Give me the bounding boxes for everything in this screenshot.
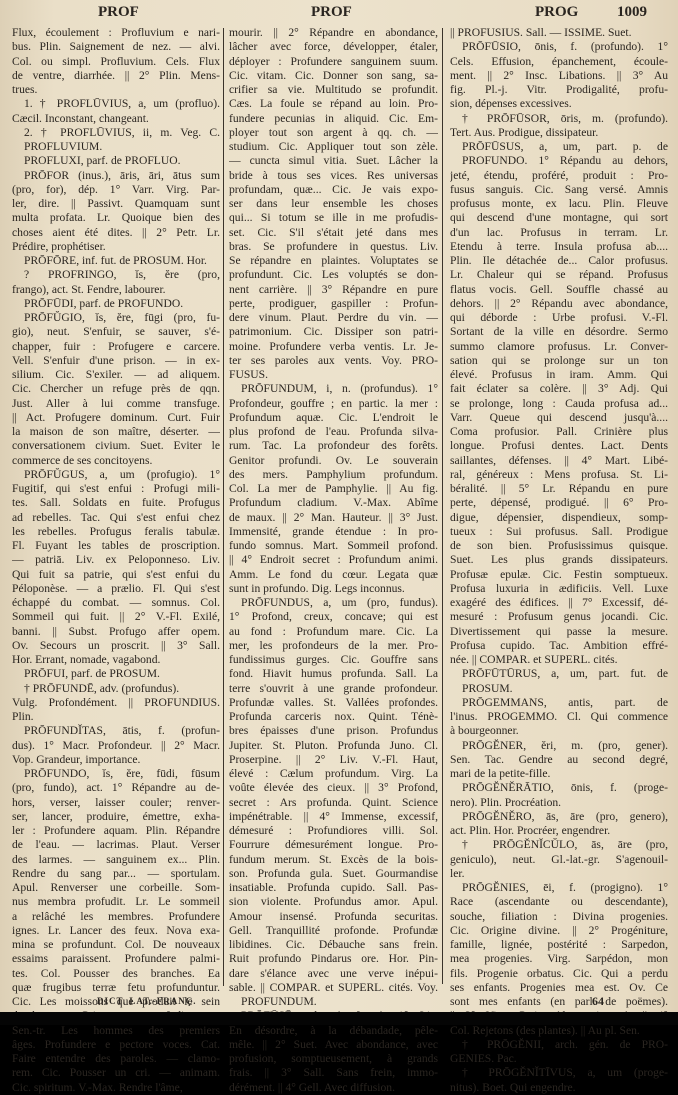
dictionary-line: ignes. Lr. Lancer des feux. Nova exa- (12, 924, 220, 938)
dictionary-line: Cic. Chercher un refuge près de qqn. (12, 382, 220, 396)
dictionary-line: d'un lac. Profusus in terram. Lr. (450, 226, 668, 240)
dictionary-line: profundam, quæ... Cic. Je vais expo- (229, 183, 438, 197)
dictionary-line: sunt in profundo. Dig. Legs inconnus. (229, 582, 438, 596)
dictionary-line: PRŌFUNDĬTAS, ātis, f. (profun- (12, 724, 220, 738)
dictionary-line: chapper, fuir : Profugere e carcere. (12, 340, 220, 354)
dictionary-line: Profundæ valles. St. Vallées profondes. (229, 696, 438, 710)
dictionary-line: Etendu à terre. Insula profusa ab.... (450, 240, 668, 254)
dictionary-line: gio), neut. S'enfuir, se sauver, s'é- (12, 325, 220, 339)
dictionary-line: née. || COMPAR. et SUPERL. cités. (450, 653, 668, 667)
dictionary-line: PROFUNDUM. (229, 995, 438, 1009)
dictionary-line: terre s'ouvrit à une grande profondeur. (229, 682, 438, 696)
dictionary-line: Genitor profundi. Ov. Le souverain (229, 454, 438, 468)
dictionary-line: Fl. Fuyant les tables de proscription. (12, 539, 220, 553)
dictionary-line: 1° Profond, creux, concave; qui est (229, 610, 438, 624)
dictionary-line: PRŌFUI, parf. de PROSUM. (12, 667, 220, 681)
dictionary-line: famille, lignée, postérité : Sarpedon, (450, 938, 668, 952)
dictionary-line: trues. (12, 83, 220, 97)
dictionary-line: Profundum aquæ. Cic. L'endroit le (229, 411, 438, 425)
dictionary-line: act. Plin. Hor. Procréer, engendrer. (450, 824, 668, 838)
running-header: PROF PROF PROG 1009 (0, 4, 678, 24)
dictionary-line: fundissimus gurges. Cic. Gouffre sans (229, 653, 438, 667)
dictionary-line: PRŌFŌRE, inf. fut. de PROSUM. Hor. (12, 254, 220, 268)
dictionary-line: ad rebelles. Tac. Qui s'est enfui chez (12, 511, 220, 525)
dictionary-line: ler : Profundere aquam. Plin. Répandre (12, 824, 220, 838)
dictionary-line: Profunda carceris nox. Quint. Ténè- (229, 710, 438, 724)
dictionary-line: sation qui se prolonge sur un ton (450, 354, 668, 368)
dictionary-line: échappé du combat. — somnus. Col. (12, 596, 220, 610)
dictionary-line: Plin. Ile détachée de... Calor profusus. (450, 254, 668, 268)
dictionary-line: PRŌFUNDUM, i, n. (profundus). 1° (229, 382, 438, 396)
dictionary-line: Rendre du sang par... — sportulam. (12, 867, 220, 881)
dictionary-line: Jupiter. St. Pluton. Profunda Juno. Cl. (229, 739, 438, 753)
dictionary-line: béralité. || 5° Lr. Répandu en pure (450, 482, 668, 496)
dictionary-line: choses aient été dites. || 2° Petr. Lr. (12, 226, 220, 240)
dictionary-line: fils. Progenie orbatus. Cic. Qui a perdu (450, 967, 668, 981)
dictionary-line: Plin. (12, 710, 220, 724)
dictionary-line: Se répandre en plaintes. Voluptates se (229, 254, 438, 268)
dictionary-line: mina se profundunt. Col. De nouveaux (12, 938, 220, 952)
dictionary-line: son. Profunda gula. Suet. Gourmandise (229, 867, 438, 881)
dictionary-line: fundum merum. St. Excès de la bois- (229, 853, 438, 867)
dictionary-line: PRŌGĔNIES, ēi, f. (progigno). 1° (450, 881, 668, 895)
dictionary-line: mer, les profondeurs de la mer. Pro- (229, 639, 438, 653)
dictionary-line: || 4° Endroit secret : Profundum animi. (229, 553, 438, 567)
dictionary-line: FUSUS. (229, 368, 438, 382)
dictionary-line: studium. Cic. Appliquer tout son zèle. (229, 140, 438, 154)
dictionary-line: bride à tous ses vices. Res universas (229, 169, 438, 183)
dictionary-line: plus profond de l'eau. Profunda silva- (229, 425, 438, 439)
dictionary-line: PROFLUVIUM. (12, 140, 220, 154)
dictionary-line: PRŌFŪSIO, ōnis, f. (profundo). 1° (450, 40, 668, 54)
dictionary-line: Suet. Les plus grands dissipateurs. (450, 553, 668, 567)
dictionary-line: souche, filiation : Divina progenies. (450, 910, 668, 924)
dictionary-line: PRŌFOR (inus.), āris, āri, ātus sum (12, 169, 220, 183)
dictionary-line: les rebelles. Profugus feralis tabulæ. (12, 525, 220, 539)
dictionary-line: profusus monte, ex lacu. Plin. Fleuve (450, 197, 668, 211)
dictionary-line: moine. Profundere verba ventis. Lr. Je- (229, 340, 438, 354)
dictionary-line: sion violente. Profundus amor. Apul. (229, 895, 438, 909)
dictionary-line: secret : Ars profunda. Quint. Science (229, 796, 438, 810)
dictionary-line: — cuncta simul vitia. Suet. Lâcher la (229, 154, 438, 168)
dictionary-line: Tert. Aus. Prodigue, dissipateur. (450, 126, 668, 140)
dictionary-line: summo clamore profusus. Lr. Conver- (450, 340, 668, 354)
dictionary-line: Vop. Grandeur, importance. (12, 753, 220, 767)
dictionary-line: PRŌFUNDO, ĭs, ĕre, fūdi, fūsum (12, 767, 220, 781)
dictionary-line: dare s'élance avec une verve inépui- (229, 967, 438, 981)
dictionary-line: quæ frugibus terræ fetu profunduntur. (12, 981, 220, 995)
dictionary-line: PRŌGĔNER, ĕri, m. (pro, gener). (450, 739, 668, 753)
dictionary-line: des larmes. — sanguinem ex... Plin. (12, 853, 220, 867)
dictionary-line: qui descend d'une montagne, qui sort (450, 211, 668, 225)
dictionary-line: † PRŌGĔNĬCŬLO, ās, āre (pro, (450, 838, 668, 852)
dictionary-line: lâcher avec force, développer, étaler, (229, 40, 438, 54)
dictionary-line: ter ses paroles aux vents. Voy. PRO- (229, 354, 438, 368)
column-right: || PROFUSIUS. Sall. — ISSIME. Suet.PRŌFŪ… (450, 26, 668, 1025)
dictionary-line: fundere pecunias in aliquid. Cic. Em- (229, 112, 438, 126)
dictionary-line: Hor. Errant, nomade, vagabond. (12, 653, 220, 667)
sheet-number: 64 (592, 994, 604, 1009)
dictionary-line: Immensité, grande étendue : In pro- (229, 525, 438, 539)
dictionary-line: PRŌFŬGUS, a, um (profugio). 1° (12, 468, 220, 482)
dictionary-line: Profondeur, gouffre ; en partic. la mer … (229, 397, 438, 411)
dictionary-line: Lr. Chaleur qui se répand. Profusus (450, 268, 668, 282)
dictionary-line: rum. Tac. La profondeur des forêts. (229, 439, 438, 453)
dictionary-line: Fugitif, qui s'est enfui : Profugi mili- (12, 482, 220, 496)
dictionary-line: bus. Plin. Saignement de nez. — alvi. (12, 40, 220, 54)
dictionary-line: frango), act. St. Fendre, labourer. (12, 283, 220, 297)
left-guide-word: PROF (98, 4, 139, 21)
dictionary-line: || PROFUSIUS. Sall. — ISSIME. Suet. (450, 26, 668, 40)
dictionary-line: 1. † PROFLŪVIUS, a, um (profluo). (12, 97, 220, 111)
column-left: Flux, écoulement : Profluvium e nari-bus… (12, 26, 220, 1025)
dictionary-line: fait éclater sa colère. || 3° Adj. Qui (450, 382, 668, 396)
dictionary-line: Profusa luxuria in ædificiis. Vell. Luxe (450, 582, 668, 596)
dictionary-line: Profusa cupido. Tac. Ambition effré- (450, 639, 668, 653)
dictionary-line: de ventre, diarrhée. || 2° Plin. Mens- (12, 69, 220, 83)
dictionary-line: qui... Si totum se ille in me profudis- (229, 211, 438, 225)
dictionary-line: geniculo), neut. Gl.-lat.-gr. S'agenouil… (450, 853, 668, 867)
dictionary-line: sion, dépenses excessives. (450, 97, 668, 111)
column-middle: mourir. || 2° Répandre en abondance,lâch… (229, 26, 438, 1025)
dictionary-line: Amour insensé. Profunda securitas. (229, 910, 438, 924)
dictionary-line: fond. Hiavit humus profunda. Sall. La (229, 667, 438, 681)
printer-signature: DICT. LAT.-FRANÇ. (97, 996, 197, 1006)
dictionary-line: de son bien. Profusissimus quisque. (450, 539, 668, 553)
dictionary-line: multa profata. Lr. Quoique bien des (12, 211, 220, 225)
dictionary-line: Vulg. Profondément. || PROFUNDIUS. (12, 696, 220, 710)
dictionary-line: au fond : Profundum mare. Cic. La (229, 625, 438, 639)
dictionary-line: perte, prodiguer, gaspiller : Profun- (229, 297, 438, 311)
dictionary-line: Prédire, prophétiser. (12, 240, 220, 254)
dictionary-line: Ov. Secours un proscrit. || 3° Sall. (12, 639, 220, 653)
dictionary-line: impénétrable. || 4° Immense, excessif, (229, 810, 438, 824)
dictionary-line: insatiable. Profunda cupido. Sall. Pas- (229, 881, 438, 895)
dictionary-line: élevé : Cælum profundum. Virg. La (229, 767, 438, 781)
dictionary-line: des mers. Pamphylium profundum. (229, 468, 438, 482)
dictionary-line: Race (ascendante ou descendante), (450, 895, 668, 909)
dictionary-line: qui déborde : Urbe profusi. V.-Fl. (450, 311, 668, 325)
dictionary-line: PRŌGEMMANS, antis, part. de (450, 696, 668, 710)
dictionary-line: flatus vocis. Gell. Souffle chassé au (450, 283, 668, 297)
dictionary-line: ler. (450, 867, 668, 881)
dictionary-line: ses enfants. Progenies mea est. Ov. Ce (450, 981, 668, 995)
dictionary-line: se prolonge, long : Cauda profusa ad... (450, 397, 668, 411)
dictionary-line: dere vinum. Plaut. Perdre du vin. — (229, 311, 438, 325)
dictionary-line: — patriā. Liv. ex Peloponneso. Liv. (12, 553, 220, 567)
dictionary-line: ler, dire. || Passivt. Quamquam sunt (12, 197, 220, 211)
dictionary-line: silium. Cic. S'exiler. — ad aliquem. (12, 368, 220, 382)
dictionary-line: Cæcil. Inconstant, changeant. (12, 112, 220, 126)
dictionary-line: ment. || 2° Insc. Libations. || 3° Au (450, 69, 668, 83)
dictionary-line: a relâché les membres. Profundere (12, 910, 220, 924)
dictionary-line: Amm. Le fond du cœur. Legata quæ (229, 568, 438, 582)
column-divider-2 (442, 28, 443, 984)
dictionary-line: Proserpine. || 2° Liv. V.-Fl. Haut, (229, 753, 438, 767)
dictionary-line: perte, dépensé, prodigué. || 6° Pro- (450, 496, 668, 510)
dictionary-line: jeté, étendu, proféré, produit : Pro- (450, 169, 668, 183)
dictionary-line: bras. Se profundere in questus. Liv. (229, 240, 438, 254)
dictionary-line: dehors. || 2° Répandu avec abondance, (450, 297, 668, 311)
dictionary-line: l'inus. PROGEMMO. Cl. Qui commence (450, 710, 668, 724)
dictionary-line: de maux. || 2° Man. Hauteur. || 3° Just. (229, 511, 438, 525)
dictionary-line: tes. Sall. Soldats en fuite. Profugus (12, 496, 220, 510)
dictionary-line: Cæs. La foule se répand au loin. Pro- (229, 97, 438, 111)
dictionary-line: Cic. Origine divine. || 2° Progéniture, (450, 924, 668, 938)
dictionary-line: tes. Col. Pousser des branches. Ea (12, 967, 220, 981)
dictionary-line: mourir. || 2° Répandre en abondance, (229, 26, 438, 40)
dictionary-line: 2. † PROFLŪVIUS, ii, m. Veg. C. (12, 126, 220, 140)
dictionary-line: ? PROFRINGO, ĭs, ĕre (pro, (12, 268, 220, 282)
scan-bottom-edge (0, 1012, 678, 1025)
dictionary-line: ser dans leur ensemble les choses (229, 197, 438, 211)
dictionary-line: Just. Aller à lui comme transfuge. (12, 397, 220, 411)
dictionary-line: (pro, fundo), act. 1° Répandre au de- (12, 781, 220, 795)
dictionary-line: PROSUM. (450, 682, 668, 696)
dictionary-line: conversationem civium. Suet. Eviter le (12, 439, 220, 453)
dictionary-page: PROF PROF PROG 1009 Flux, écoulement : P… (0, 0, 678, 1012)
dictionary-line: fusus sanguis. Cic. Sang versé. Amnis (450, 183, 668, 197)
dictionary-line: Gell. Tranquillité profonde. Profundæ (229, 924, 438, 938)
dictionary-line: ral, généreux : Mens profusa. St. Li- (450, 468, 668, 482)
middle-guide-word: PROF (311, 4, 352, 21)
dictionary-line: Sortant de la ville en désordre. Sermo (450, 325, 668, 339)
dictionary-line: à bourgeonner. (450, 724, 668, 738)
dictionary-line: hors, verser, laisser couler; renver- (12, 796, 220, 810)
dictionary-line: Profusæ epulæ. Cic. Festin somptueux. (450, 568, 668, 582)
dictionary-line: nus membra profudit. Lr. Le sommeil (12, 895, 220, 909)
dictionary-line: † PRŌFŪSOR, ōris, m. (profundo). (450, 112, 668, 126)
dictionary-line: Fourrure démesurément longue. Pro- (229, 838, 438, 852)
dictionary-line: PRŌFŪDI, parf. de PROFUNDO. (12, 297, 220, 311)
dictionary-line: tueux : Sui profusus. Sall. Prodigue (450, 525, 668, 539)
dictionary-line: set. Cic. S'il s'était jeté dans mes (229, 226, 438, 240)
dictionary-line: ser, lancer, produire, émettre, exha- (12, 810, 220, 824)
dictionary-line: patrimonium. Cic. Dissiper son patri- (229, 325, 438, 339)
dictionary-line: Divertissement qui passe la mesure. (450, 625, 668, 639)
dictionary-line: || Act. Profugere dominum. Curt. Fuir (12, 411, 220, 425)
dictionary-line: PROFLUXI, parf. de PROFLUO. (12, 154, 220, 168)
dictionary-line: sont mes enfants (en parl. de poëmes). (450, 995, 668, 1009)
dictionary-line: Péloponèse. — a prælio. Fl. Qui s'est (12, 582, 220, 596)
dictionary-line: essaims paraissent. Profundere palmi- (12, 952, 220, 966)
dictionary-line: Col. La mer de Pamphylie. || Au fig. (229, 482, 438, 496)
dictionary-line: déployer : Profundere sanguinem suum. (229, 55, 438, 69)
dictionary-line: (pro, for), dép. 1° Varr. Virg. Par- (12, 183, 220, 197)
dictionary-line: mesuré : Profusum genus jocandi. Cic. (450, 610, 668, 624)
dictionary-line: PRŌFUNDUS, a, um (pro, fundus). (229, 596, 438, 610)
dictionary-line: de l'eau. — lacrimas. Plaut. Verser (12, 838, 220, 852)
dictionary-line: nero). Plin. Procréation. (450, 796, 668, 810)
dictionary-line: ployer tout son argent à qq. ch. — (229, 126, 438, 140)
dictionary-line: Vell. S'enfuir d'une prison. — in ex- (12, 354, 220, 368)
dictionary-line: PRŌGĔNĔRO, ās, āre (pro, genero), (450, 810, 668, 824)
dictionary-line: sable. || COMPAR. et SUPERL. cités. Voy. (229, 981, 438, 995)
dictionary-line: Cels. Effusion, épanchement, écoule- (450, 55, 668, 69)
dictionary-line: PRŌFŬGIO, ĭs, ĕre, fūgi (pro, fu- (12, 311, 220, 325)
dictionary-line: dus). 1° Macr. Profondeur. || 2° Macr. (12, 739, 220, 753)
dictionary-line: bres épaisses d'une prison. Profundus (229, 724, 438, 738)
dictionary-line: exagéré des édifices. || 7° Excessif, dé… (450, 596, 668, 610)
dictionary-line: commerce de ses concitoyens. (12, 454, 220, 468)
dictionary-line: Qui fuit sa patrie, qui s'est enfui du (12, 568, 220, 582)
column-divider-1 (223, 28, 224, 986)
dictionary-line: saillantes, défenses. || 4° Mart. Libé- (450, 454, 668, 468)
dictionary-line: longue. Profusi dentes. Lact. Dents (450, 439, 668, 453)
dictionary-line: fig. Pl.-j. Vitr. Prodigalité, profu- (450, 83, 668, 97)
dictionary-line: PROFUNDO. 1° Répandu au dehors, (450, 154, 668, 168)
dictionary-line: PRŌFŪTŪRUS, a, um, part. fut. de (450, 667, 668, 681)
dictionary-line: crifier sa vie. Multitudo se profundit. (229, 83, 438, 97)
dictionary-line: libidines. Cic. Débauche sans frein. (229, 938, 438, 952)
dictionary-line: Profundum cladium. V.-Max. Abîme (229, 496, 438, 510)
page-number: 1009 (617, 4, 647, 21)
dictionary-line: Cic. vitam. Cic. Donner son sang, sa- (229, 69, 438, 83)
dictionary-line: Varr. Queue qui descend jusqu'à.... (450, 411, 668, 425)
dictionary-line: † PRŌFUNDĒ, adv. (profundus). (12, 682, 220, 696)
dictionary-line: Sommeil qui fuit. || 2° V.-Fl. Exilé, (12, 610, 220, 624)
dictionary-line: banni. || Subst. Profugo affer opem. (12, 625, 220, 639)
dictionary-line: voûte élevée des cieux. || 3° Profond, (229, 781, 438, 795)
right-guide-word: PROG (535, 4, 578, 21)
dictionary-line: Sen. Tac. Gendre au second degré, (450, 753, 668, 767)
dictionary-line: PRŌGĔNĔRĀTIO, ōnis, f. (proge- (450, 781, 668, 795)
dictionary-line: Ruit profundo Pindarus ore. Hor. Pin- (229, 952, 438, 966)
dictionary-line: profundunt. Cic. Les voluptés se don- (229, 268, 438, 282)
dictionary-line: mari de la petite-fille. (450, 767, 668, 781)
dictionary-line: Flux, écoulement : Profluvium e nari- (12, 26, 220, 40)
dictionary-line: nent carrière. || 3° Répandre en pure (229, 283, 438, 297)
dictionary-line: Col. ou simpl. Profluvium. Cels. Flux (12, 55, 220, 69)
dictionary-line: mea progenies. Virg. Sarpédon, mon (450, 952, 668, 966)
dictionary-line: digue, dépensier, dispendieux, somp- (450, 511, 668, 525)
dictionary-line: fundo somnus. Mart. Sommeil profond. (229, 539, 438, 553)
dictionary-line: PRŌFŪSUS, a, um, part. p. de (450, 140, 668, 154)
dictionary-line: démesuré : Profundiores villi. Sol. (229, 824, 438, 838)
dictionary-line: élevé. Profusus in iram. Amm. Qui (450, 368, 668, 382)
dictionary-line: Apul. Renverser une corbeille. Som- (12, 881, 220, 895)
dictionary-line: Coma profusior. Pall. Crinière plus (450, 425, 668, 439)
dictionary-line: la maison de son maître, déserter. — (12, 425, 220, 439)
